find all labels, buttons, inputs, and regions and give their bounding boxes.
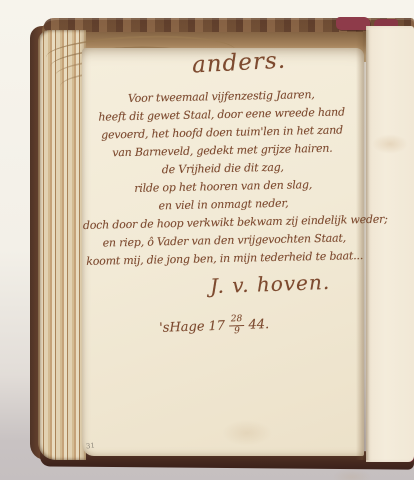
signature: J. v. hoven.: [209, 270, 330, 298]
page-number: 31: [86, 442, 96, 451]
dateline-century: 17: [208, 319, 225, 335]
foxing-spot: [222, 420, 272, 446]
photo-background: anders. Voor tweemaal vijfenzestig Jaare…: [0, 0, 414, 480]
facing-page: [366, 26, 414, 462]
poem-body: Voor tweemaal vijfenzestig Jaaren, heeft…: [80, 85, 366, 271]
dateline-year: 44.: [248, 317, 269, 333]
page-gutter-crease: [356, 30, 370, 460]
dateline-place: 'sHage: [159, 319, 205, 336]
dateline-day: 28: [229, 315, 245, 327]
poem-title: anders.: [98, 43, 381, 84]
foxing-spot: [332, 468, 372, 480]
manuscript-page: anders. Voor tweemaal vijfenzestig Jaare…: [82, 48, 364, 456]
dateline: 'sHage 17 28 9 44.: [159, 314, 270, 339]
dateline-day-month-fraction: 28 9: [229, 315, 245, 337]
dateline-month: 9: [234, 326, 240, 336]
red-cover-patch: [336, 17, 370, 30]
